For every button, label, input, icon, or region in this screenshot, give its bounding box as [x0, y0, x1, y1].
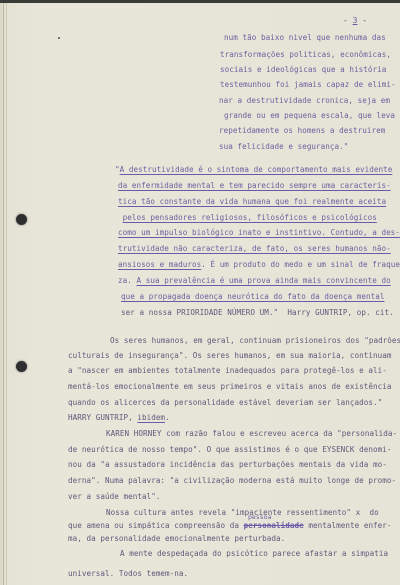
- ink-speck: [58, 37, 60, 39]
- block-quote-line: tica tão constante da vida humana que fo…: [118, 197, 386, 207]
- handwritten-correction: pessoa: [248, 513, 271, 521]
- citation: HARRY GUNTRIP, ibidem.: [68, 413, 170, 423]
- body-line: ver a saúde mental".: [68, 492, 160, 502]
- block-quote-attribution: ser a nossa PRIORIDADE NÚMERO UM." Harry…: [121, 308, 394, 318]
- block-quote-line: que a propagada doença neurótica do fato…: [121, 292, 384, 302]
- page-edge: [6, 3, 7, 585]
- quote-line: testemunhou foi jamais capaz de elimi-: [220, 80, 396, 90]
- quote-line: num tão baixo nivel que nenhuma das: [224, 33, 386, 43]
- body-line: derna". Numa palavra: "a civilização mod…: [68, 476, 396, 486]
- body-line: KAREN HORNEY com razão falou e escreveu …: [106, 429, 397, 439]
- body-line: nou da "a assustadora incidência das per…: [68, 460, 387, 470]
- body-line: de neurótica de nosso tempo". O que assi…: [68, 445, 392, 455]
- body-line: A mente despedaçada do psicótico parece …: [120, 549, 388, 559]
- quote-line: repetidamente os homens a destruirem: [219, 126, 385, 136]
- body-line: ma, da personalidade emocionalmente pert…: [68, 534, 285, 544]
- quote-line: transformações politicas, econômicas,: [220, 50, 391, 60]
- body-line: Os seres humanos, em geral, continuam pr…: [110, 336, 400, 346]
- quote-line: grande ou em pequena escala, que leva: [224, 111, 395, 121]
- block-quote-line: pelos pensadores religiosos, filosóficos…: [118, 213, 377, 223]
- struck-word: personalidade: [244, 521, 304, 530]
- block-quote-line: za. A sua prevalência é uma prova ainda …: [118, 276, 391, 286]
- body-line: culturais de insegurança". Os seres huma…: [68, 351, 392, 361]
- block-quote-line: trutividade não caracteriza, de fato, os…: [118, 244, 391, 254]
- body-line: que amena ou simpática compreensão da pe…: [68, 521, 392, 531]
- body-line: universal. Todos temem-na.: [68, 569, 188, 579]
- body-line: mentá-los emocionalmente em seus primeir…: [68, 382, 392, 392]
- quote-line: sua felicidade e segurança.": [219, 142, 348, 152]
- body-line: a "nascer em ambientes totalmente inadeq…: [68, 366, 387, 376]
- quote-line: sociais e ideológicas que a história: [220, 65, 386, 75]
- body-line: Nossa cultura antes revela "impaciente r…: [106, 508, 379, 518]
- block-quote-line: da enfermidade mental e tem parecido sem…: [118, 181, 391, 191]
- block-quote-line: ansiosos e maduros. É um produto do medo…: [118, 260, 400, 270]
- quote-line: nar a destrutividade cronica, seja em: [219, 96, 390, 106]
- block-quote-line: "A destrutividade é o sintoma de comport…: [115, 165, 392, 175]
- page-edge: [3, 3, 4, 585]
- body-line: quando os alicerces da personalidade est…: [68, 398, 382, 408]
- typewritten-page: - 3 - num tão baixo nivel que nenhuma da…: [0, 3, 400, 585]
- punch-hole: [16, 214, 27, 225]
- page-number: - 3 -: [343, 16, 367, 25]
- punch-hole: [16, 361, 27, 372]
- block-quote-line: como um impulso biológico inato e instin…: [118, 228, 400, 238]
